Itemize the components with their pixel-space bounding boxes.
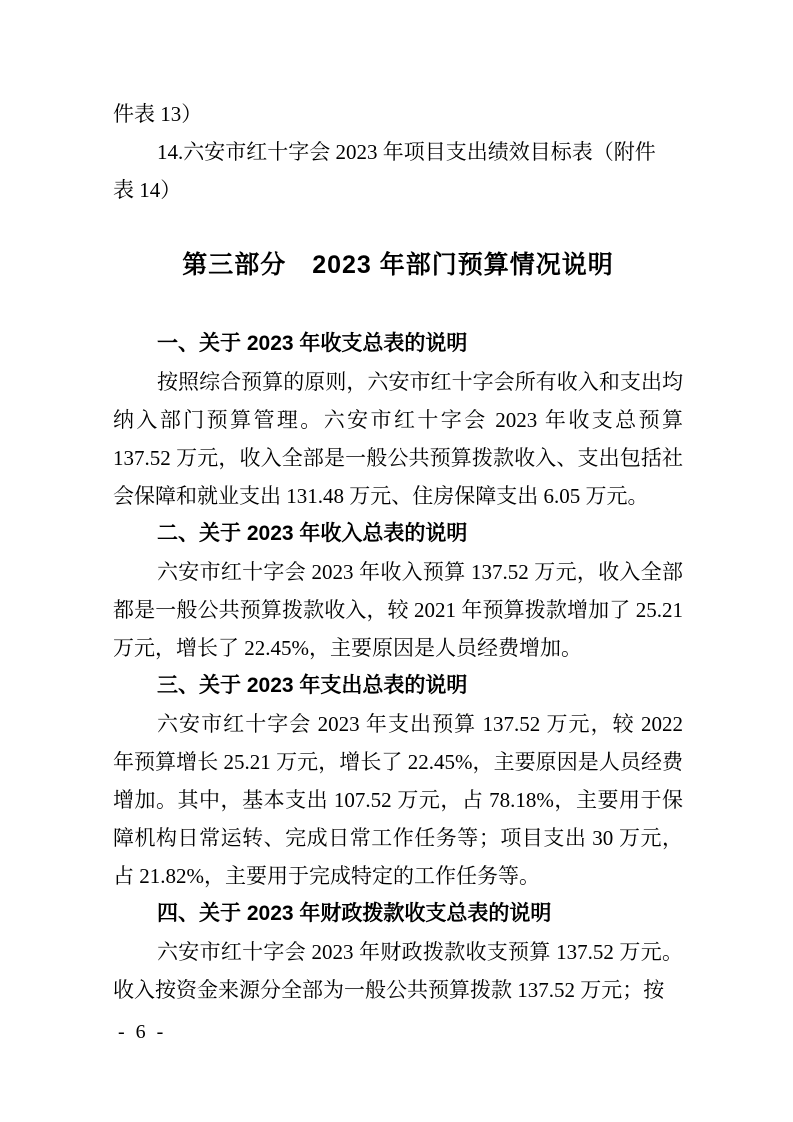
section-heading-3: 三、关于 2023 年支出总表的说明: [113, 667, 683, 705]
document-content: 件表 13） 14.六安市红十字会 2023 年项目支出绩效目标表（附件 表 1…: [113, 95, 683, 1009]
section-paragraph-1: 按照综合预算的原则，六安市红十字会所有收入和支出均纳入部门预算管理。六安市红十字…: [113, 363, 683, 515]
page-number: - 6 -: [118, 1020, 166, 1044]
section-heading-1: 一、关于 2023 年收支总表的说明: [113, 325, 683, 363]
attachment-list-line-13-continuation: 件表 13）: [113, 95, 683, 133]
part-three-title: 第三部分 2023 年部门预算情况说明: [113, 243, 683, 287]
section-paragraph-3: 六安市红十字会 2023 年支出预算 137.52 万元，较 2022 年预算增…: [113, 705, 683, 895]
section-paragraph-4: 六安市红十字会 2023 年财政拨款收支预算 137.52 万元。收入按资金来源…: [113, 933, 683, 1009]
section-heading-2: 二、关于 2023 年收入总表的说明: [113, 515, 683, 553]
attachment-list-item-14-continuation: 表 14）: [113, 171, 683, 209]
section-heading-4: 四、关于 2023 年财政拨款收支总表的说明: [113, 895, 683, 933]
document-page: 件表 13） 14.六安市红十字会 2023 年项目支出绩效目标表（附件 表 1…: [0, 0, 793, 1122]
attachment-list-item-14: 14.六安市红十字会 2023 年项目支出绩效目标表（附件: [113, 133, 683, 171]
section-paragraph-2: 六安市红十字会 2023 年收入预算 137.52 万元，收入全部都是一般公共预…: [113, 553, 683, 667]
